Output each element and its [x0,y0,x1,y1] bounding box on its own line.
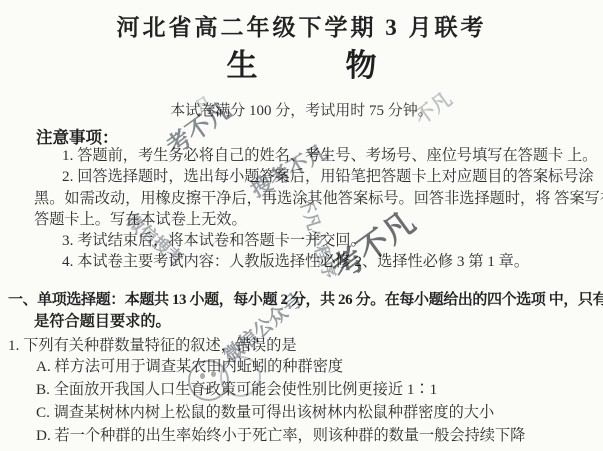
option-a: A. 样方法可用于调查某农田内蚯蚓的种群密度 [36,356,525,379]
page-title: 河北省高二年级下学期 3 月联考 [0,9,603,42]
notice-line-4: 答题卡上。写在本试卷上无效。 [34,209,586,230]
subject-char-wu: 物 [346,40,377,85]
notice-list: 1. 答题前，考生务必将自己的姓名、考生号、考场号、座位号填写在答题卡 上。 2… [34,145,586,273]
option-d: D. 若一个种群的出生率始终小于死亡率，则该种群的数量一般会持续下降 [36,425,525,448]
notice-line-1: 1. 答题前，考生务必将自己的姓名、考生号、考场号、座位号填写在答题卡 上。 [34,145,586,166]
section-header-line-1: 一、单项选择题：本题共 13 小题，每小题 2 分，共 26 分。在每小题给出的… [8,288,600,309]
subject-title: 生 物 [0,40,603,85]
subject-char-sheng: 生 [227,40,258,85]
section-header-line-2: 是符合题目要求的。 [34,310,171,331]
exam-info-line: 本试卷满分 100 分，考试用时 75 分钟。 [0,99,603,120]
option-b: B. 全面放开我国人口生育政策可能会使性别比例更接近 1∶1 [36,379,525,402]
option-c: C. 调查某树林内树上松鼠的数量可得出该树林内松鼠种群密度的大小 [36,402,525,425]
question-1-options: A. 样方法可用于调查某农田内蚯蚓的种群密度 B. 全面放开我国人口生育政策可能… [36,356,525,448]
notice-line-6: 4. 本试卷主要考试内容：人教版选择性必修 2、选择性必修 3 第 1 章。 [34,251,586,272]
notice-line-2: 2. 回答选择题时，选出每小题答案后，用铅笔把答题卡上对应题目的答案标号涂 [34,166,586,187]
exam-paper: 河北省高二年级下学期 3 月联考 生 物 本试卷满分 100 分，考试用时 75… [0,0,603,451]
notice-line-5: 3. 考试结束后，将本试卷和答题卡一并交回。 [34,230,586,251]
notice-line-3: 黑。如需改动，用橡皮擦干净后，再选涂其他答案标号。回答非选择题时，将 答案写在 [34,188,586,209]
question-1-stem: 1. 下列有关种群数量特征的叙述，错误的是 [8,334,297,355]
